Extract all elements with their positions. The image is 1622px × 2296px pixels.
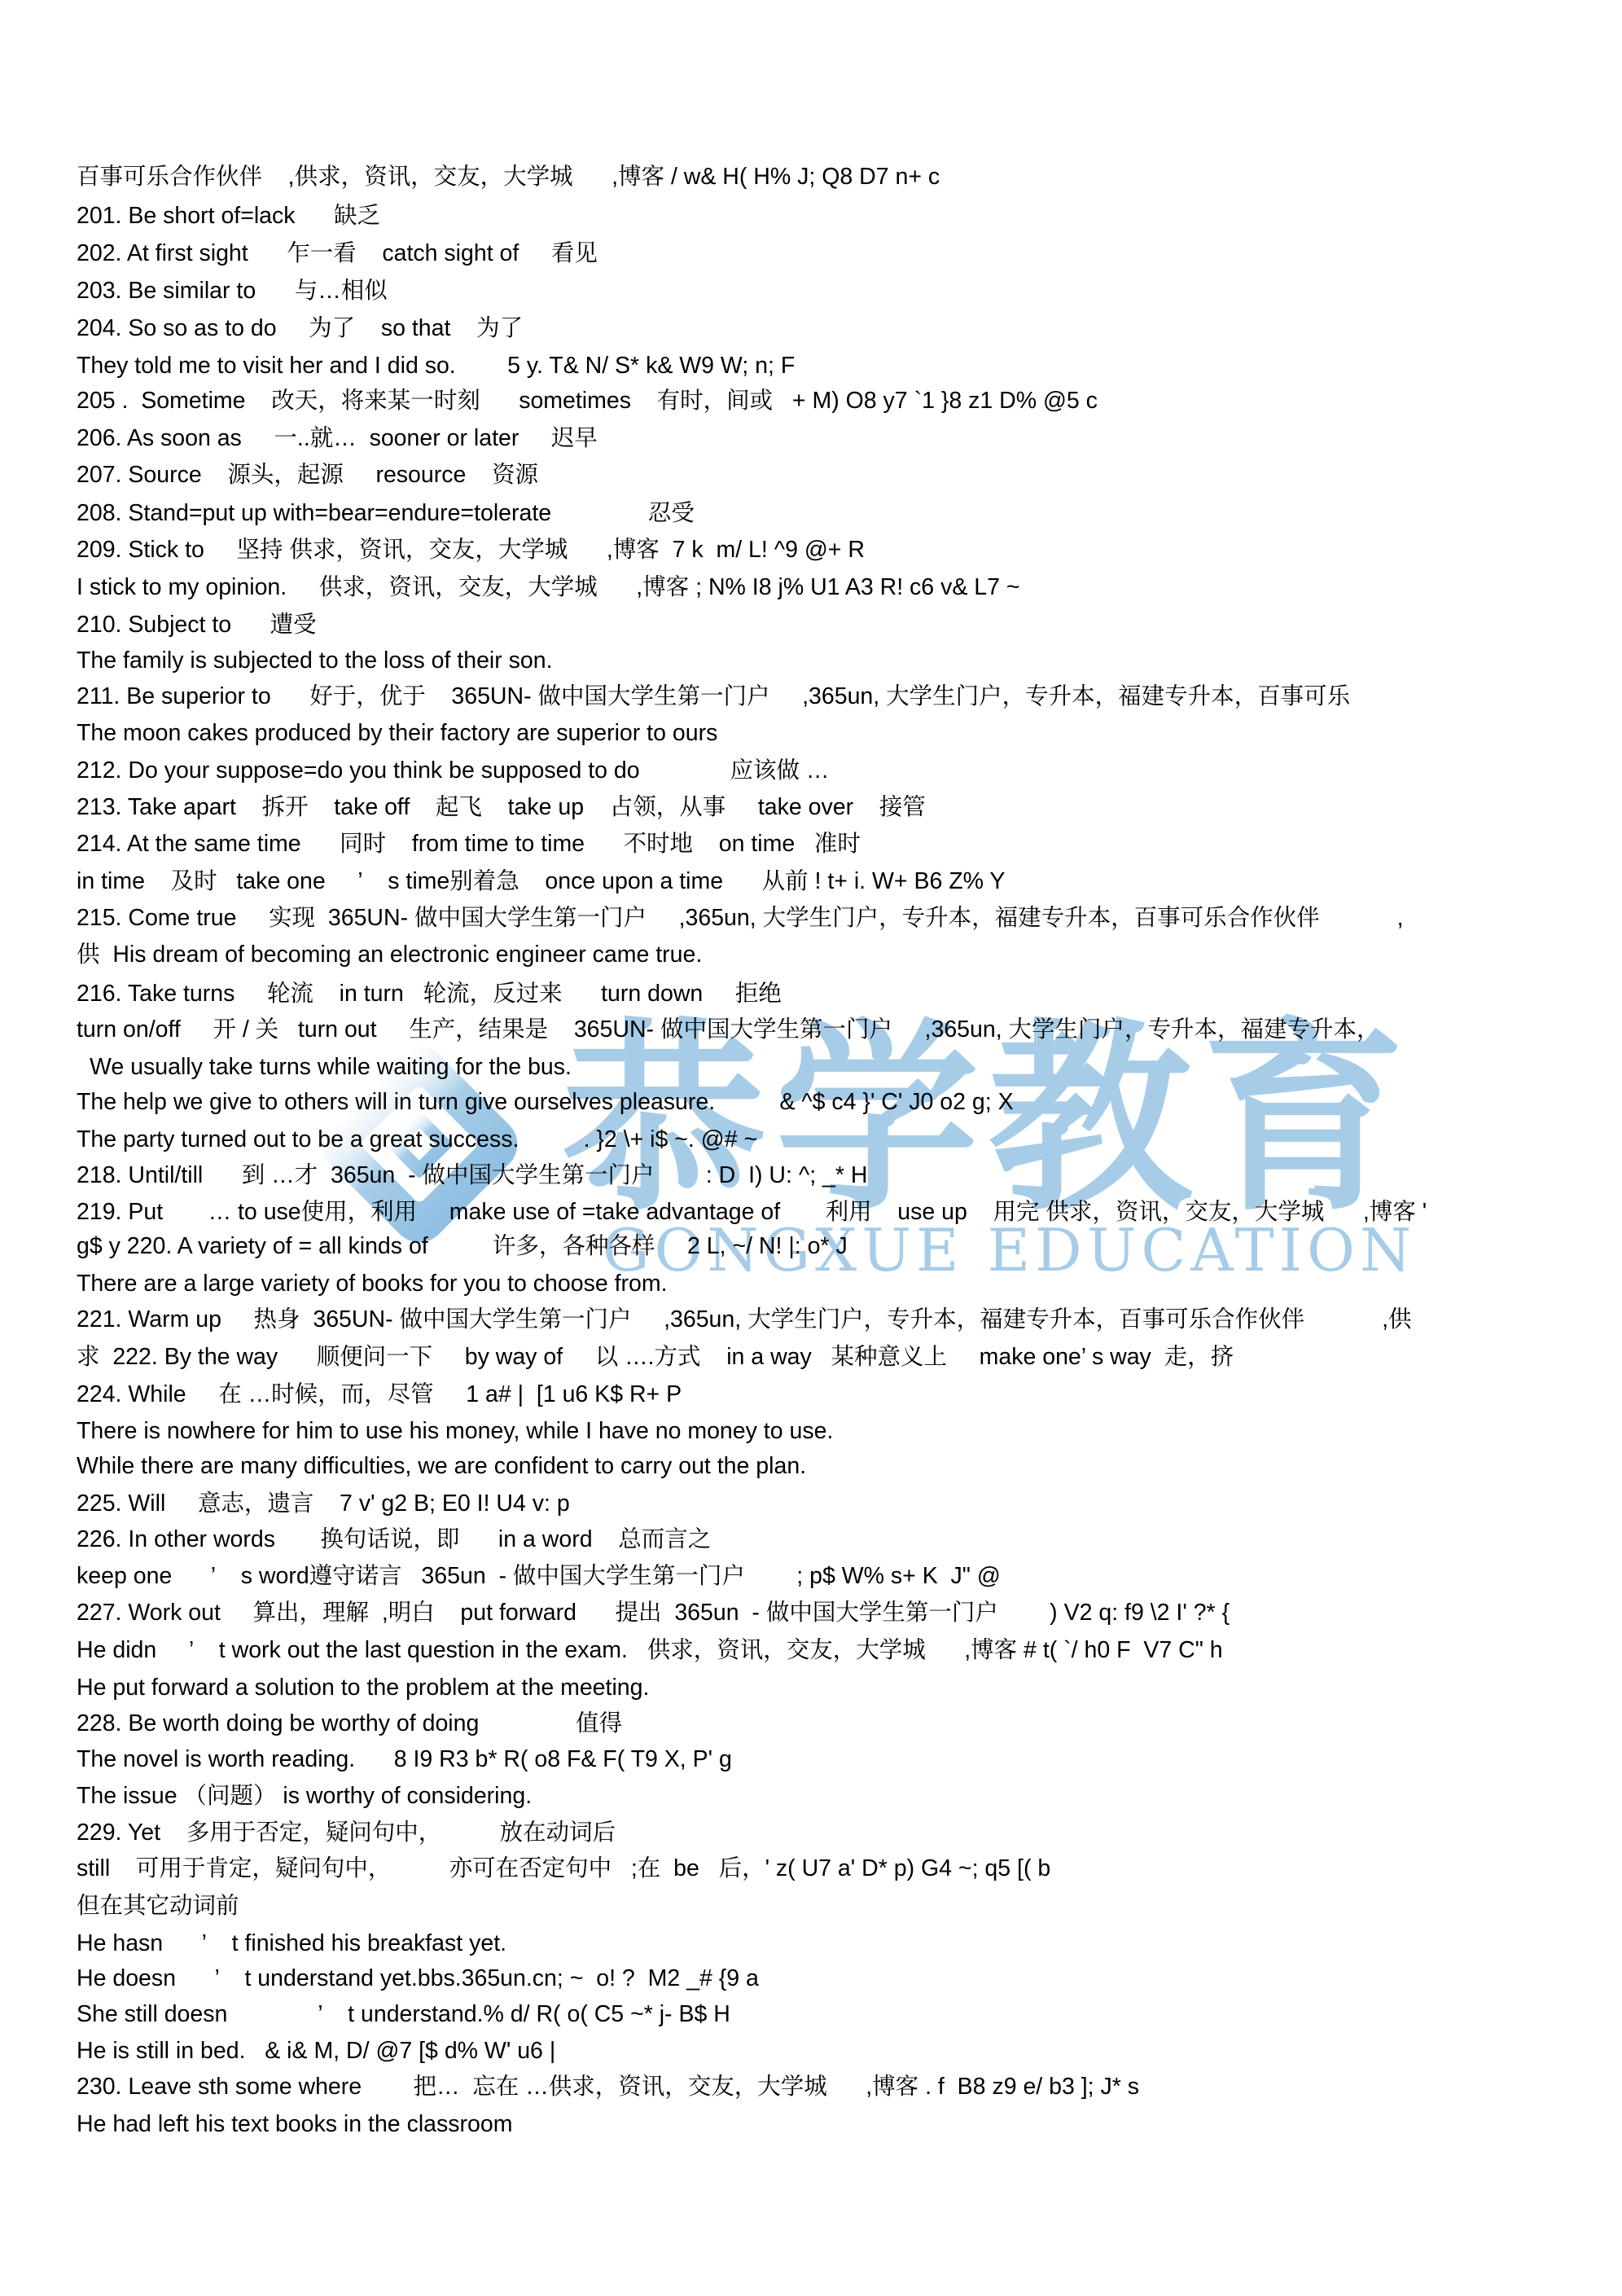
text-line: The novel is worth reading. 8 I9 R3 b* R… [77,1745,732,1773]
text-line: 216. Take turns 轮流 in turn 轮流，反过来 turn d… [77,980,782,1008]
text-line: 求 222. By the way 顺便问一下 by way of 以 ….方式… [77,1343,1234,1371]
text-line: 201. Be short of=lack 缺乏 [77,202,380,230]
text-line: The family is subjected to the loss of t… [77,647,553,674]
text-line: 206. As soon as 一..就… sooner or later 迟早 [77,424,598,452]
text-line: g$ y 220. A variety of = all kinds of 许多… [77,1232,848,1260]
text-line: 215. Come true 实现 365UN- 做中国大学生第一门户 ,365… [77,904,1404,932]
text-line: The moon cakes produced by their factory… [77,719,717,747]
text-line: 230. Leave sth some where 把… 忘在 …供求，资讯，交… [77,2073,1139,2101]
text-line: 202. At first sight 乍一看 catch sight of 看… [77,239,598,267]
text-line: keep one ’ s word遵守诺言 365un - 做中国大学生第一门户… [77,1562,1001,1590]
text-line: The help we give to others will in turn … [77,1088,1014,1116]
text-line: 百事可乐合作伙伴 ,供求，资讯，交友，大学城 ,博客 / w& H( H% J;… [77,163,940,191]
text-line: 218. Until/till 到 …才 365un - 做中国大学生第一门户 … [77,1161,868,1189]
text-line: The party turned out to be a great succe… [77,1126,757,1153]
text-line: She still doesn ’ t understand.% d/ R( o… [77,2000,730,2028]
text-line: 207. Source 源头，起源 resource 资源 [77,461,538,489]
text-line: still 可用于肯定，疑问句中， 亦可在否定句中 ;在 be 后，' z( U… [77,1855,1050,1882]
text-line: 224. While 在 …时候，而，尽管 1 a# | [1 u6 K$ R+… [77,1381,682,1408]
text-line: He had left his text books in the classr… [77,2110,512,2138]
text-line: 212. Do your suppose=do you think be sup… [77,757,829,784]
text-line: 203. Be similar to 与…相似 [77,277,388,305]
text-line: 211. Be superior to 好于，优于 365UN- 做中国大学生第… [77,683,1350,710]
text-line: 229. Yet 多用于否定，疑问句中， 放在动词后 [77,1819,616,1846]
text-line: 221. Warm up 热身 365UN- 做中国大学生第一门户 ,365un… [77,1306,1412,1333]
text-line: 209. Stick to 坚持 供求，资讯，交友，大学城 ,博客 7 k m/… [77,536,865,564]
text-line: 供 His dream of becoming an electronic en… [77,941,702,968]
text-line: 219. Put … to use使用，利用 make use of =take… [77,1198,1427,1226]
text-line: 213. Take apart 拆开 take off 起飞 take up 占… [77,793,926,821]
text-line: He is still in bed. & i& M, D/ @7 [$ d% … [77,2037,555,2065]
text-line: He didn ’ t work out the last question i… [77,1636,1223,1664]
text-line: in time 及时 take one ’ s time别着急 once upo… [77,867,1005,895]
text-line: 205 . Sometime 改天，将来某一时刻 sometimes 有时，间或… [77,387,1098,415]
text-line: There are a large variety of books for y… [77,1270,668,1297]
text-line: 208. Stand=put up with=bear=endure=toler… [77,499,695,527]
text-line: 204. So so as to do 为了 so that 为了 [77,314,523,342]
text-line: 210. Subject to 遭受 [77,611,317,639]
text-line: turn on/off 开 / 关 turn out 生产，结果是 365UN-… [77,1016,1380,1043]
text-line: 但在其它动词前 [77,1892,239,1920]
text-line: 227. Work out 算出，理解 ,明白 put forward 提出 3… [77,1599,1230,1627]
text-line: He hasn ’ t finished his breakfast yet. [77,1929,506,1957]
text-line: They told me to visit her and I did so. … [77,352,795,380]
text-line: I stick to my opinion. 供求，资讯，交友，大学城 ,博客 … [77,573,1020,601]
text-line: 228. Be worth doing be worthy of doing 值… [77,1710,622,1737]
text-line: He doesn ’ t understand yet.bbs.365un.cn… [77,1965,759,1992]
text-line: He put forward a solution to the problem… [77,1674,649,1701]
text-line: While there are many difficulties, we ar… [77,1452,806,1480]
text-line: 214. At the same time 同时 from time to ti… [77,830,861,858]
text-body: 百事可乐合作伙伴 ,供求，资讯，交友，大学城 ,博客 / w& H( H% J;… [0,0,1622,2296]
text-line: We usually take turns while waiting for … [90,1053,572,1081]
document-page: 恭学教育 GONGXUE EDUCATION 百事可乐合作伙伴 ,供求，资讯，交… [0,0,1622,2296]
text-line: 226. In other words 换句话说，即 in a word 总而言… [77,1526,711,1553]
text-line: There is nowhere for him to use his mone… [77,1417,833,1445]
text-line: 225. Will 意志，遗言 7 v' g2 B; E0 I! U4 v: p [77,1490,570,1517]
text-line: The issue （问题） is worthy of considering. [77,1782,532,1810]
